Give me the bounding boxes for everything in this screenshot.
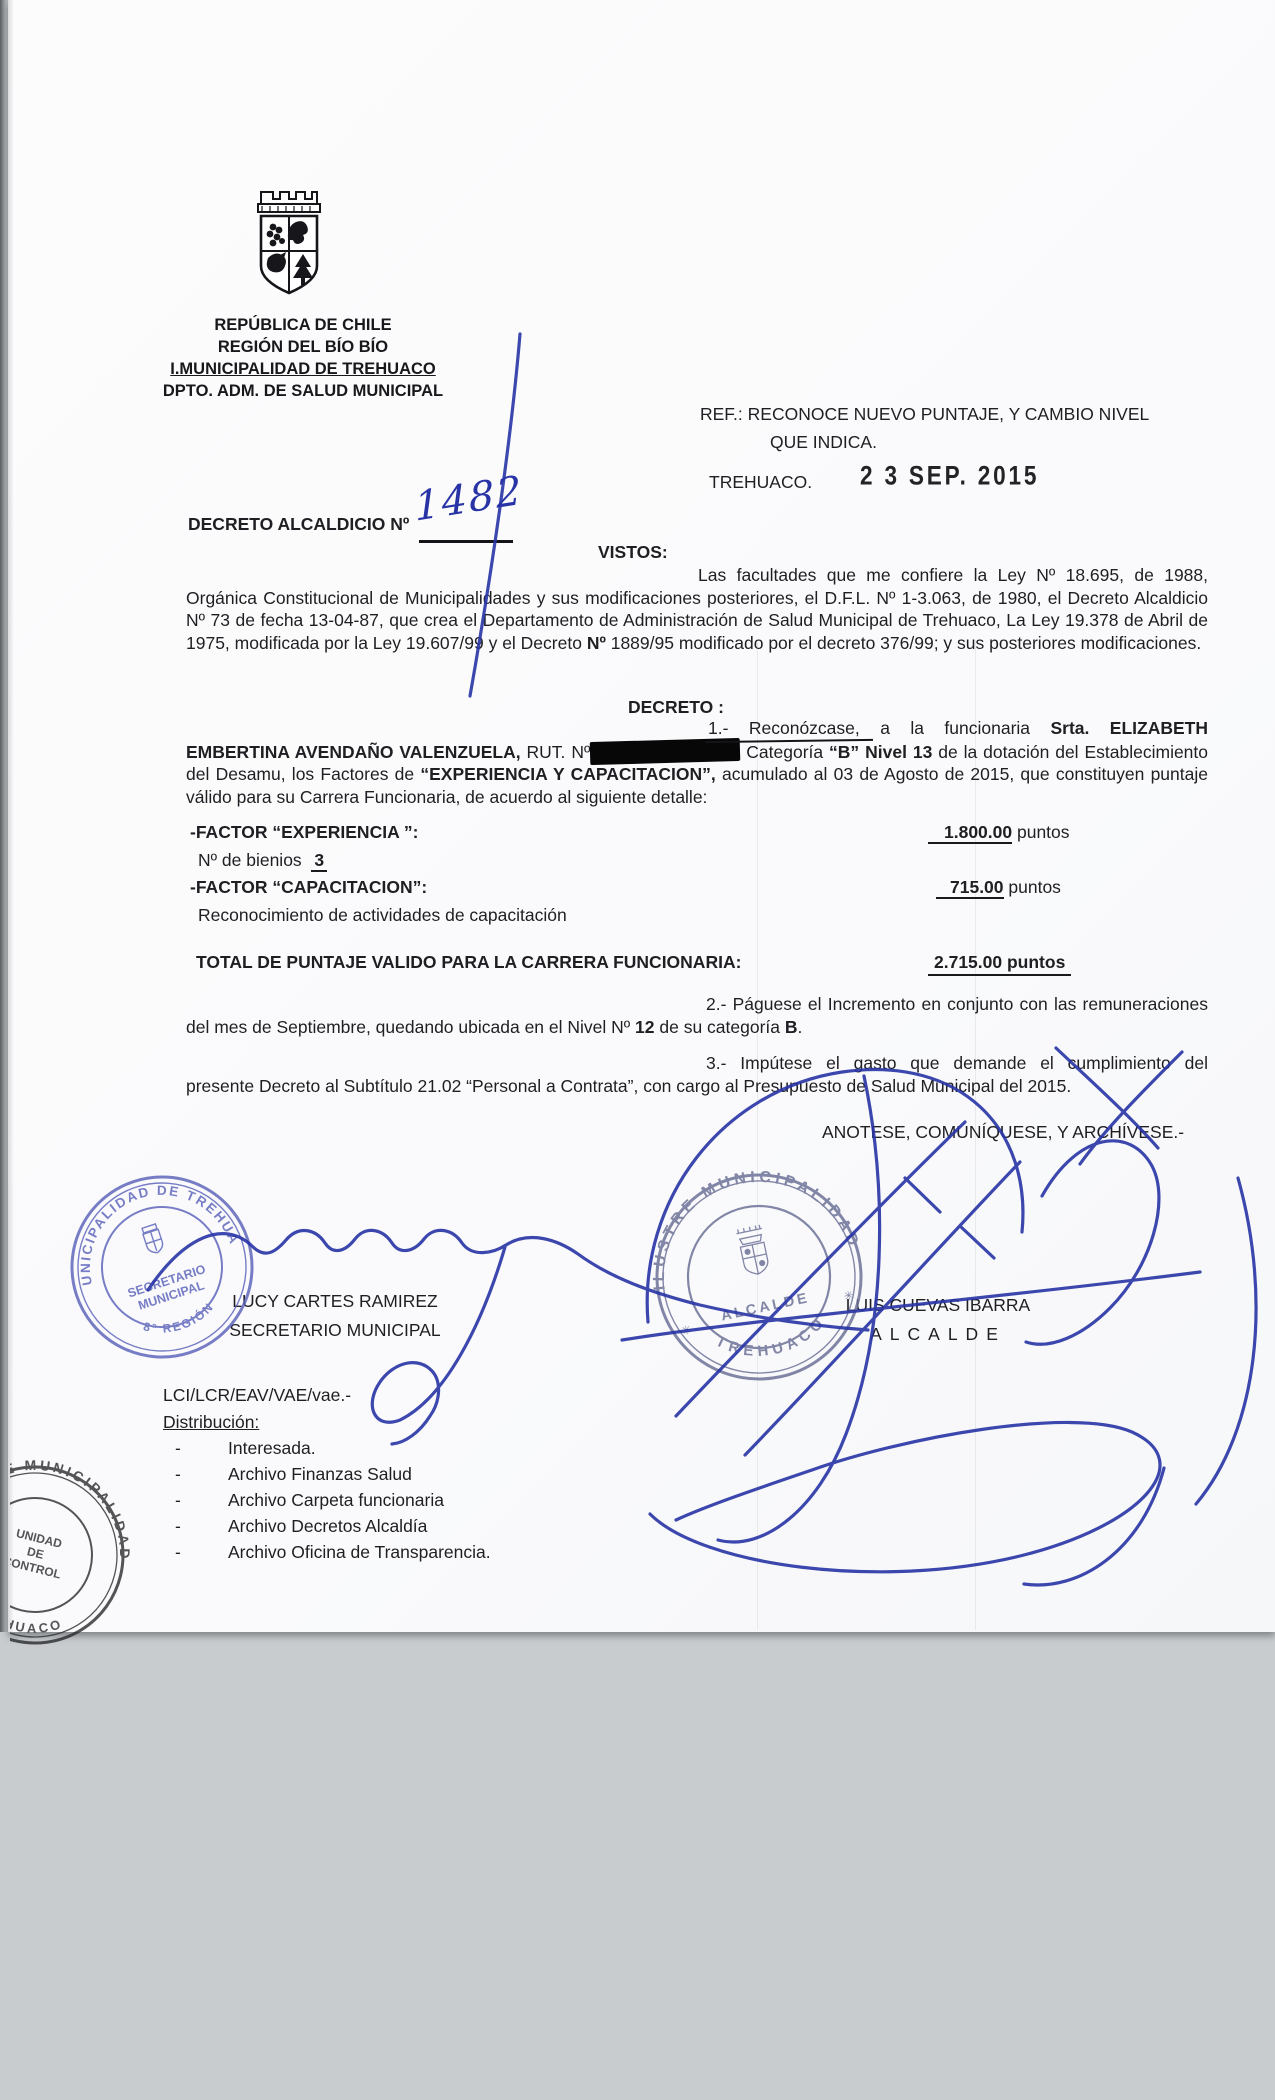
factor1-value: 1.800.00	[928, 822, 1012, 844]
drafting-initials: LCI/LCR/EAV/VAE/vae.-	[163, 1384, 351, 1407]
reference-line-1: REF.: RECONOCE NUEVO PUNTAJE, Y CAMBIO N…	[700, 403, 1149, 426]
decreto-paragraph-3: 3.- Impútese el gasto que demande el cum…	[186, 1052, 1208, 1097]
letterhead-country: REPÚBLICA DE CHILE	[153, 314, 453, 336]
alcalde-round-stamp: ILUSTRE MUNICIPALIDAD TREHUACO ALCALDE ✳…	[642, 1160, 877, 1395]
p1-text-d: Categoría	[740, 742, 829, 762]
factor2-label: -FACTOR “CAPACITACION”:	[190, 876, 427, 899]
control-stamp-ring-bottom-text: TREHUACO	[10, 1595, 68, 1645]
list-dash: -	[175, 1516, 181, 1537]
factor2-value: 715.00	[936, 877, 1004, 899]
vistos-paragraph: Las facultades que me confiere la Ley Nº…	[186, 564, 1208, 654]
scan-left-edge-shadow	[0, 0, 14, 1632]
scanned-decree-page: { "header": { "country": "REPÚBLICA DE C…	[0, 0, 1275, 2100]
list-dash: -	[175, 1438, 181, 1459]
closing-formula: ANOTESE, COMUNÍQUESE, Y ARCHÍVESE.-	[822, 1121, 1184, 1144]
alcalde-stamp-star-right: ✳	[843, 1288, 856, 1304]
factor2-unit: puntos	[1004, 877, 1061, 897]
list-dash: -	[175, 1490, 181, 1511]
list-dash: -	[175, 1542, 181, 1563]
factor1-sub-row: Nº de bienios 3	[198, 849, 327, 872]
distribution-item-text: Archivo Oficina de Transparencia.	[228, 1542, 491, 1563]
factor1-unit: puntos	[1012, 822, 1069, 842]
decreto-paragraph-2: 2.- Páguese el Incremento en conjunto co…	[186, 993, 1208, 1038]
distribution-item-text: Interesada.	[228, 1438, 316, 1459]
factor1-value-row: 1.800.00 puntos	[928, 821, 1070, 844]
distribution-item-text: Archivo Carpeta funcionaria	[228, 1490, 444, 1511]
letterhead-municipality: I.MUNICIPALIDAD DE TREHUACO	[153, 358, 453, 380]
total-label: TOTAL DE PUNTAJE VALIDO PARA LA CARRERA …	[196, 951, 741, 974]
letterhead: REPÚBLICA DE CHILE REGIÓN DEL BÍO BÍO I.…	[153, 314, 453, 402]
factor2-sub: Reconocimiento de actividades de capacit…	[198, 904, 567, 927]
p2-level: 12	[635, 1017, 654, 1037]
p1-category: “B” Nivel 13	[829, 742, 932, 762]
p2-text-c: de su categoría	[655, 1017, 785, 1037]
distribution-item-text: Archivo Decretos Alcaldía	[228, 1516, 427, 1537]
p1-text-a: 1.- Reconózcase, a la funcionaria	[708, 718, 1050, 738]
date-stamp: 2 3 SEP. 2015	[860, 461, 1039, 492]
control-unit-corner-stamp: ILUSTRE MUNICIPALIDAD TREHUACO UNIDAD DE…	[10, 1450, 160, 1660]
factor1-label: -FACTOR “EXPERIENCIA ”:	[190, 821, 419, 844]
vistos-title: VISTOS:	[598, 541, 668, 564]
letterhead-department: DPTO. ADM. DE SALUD MUNICIPAL	[153, 380, 453, 402]
factor1-sub: Nº de bienios	[198, 850, 302, 870]
decreto-title: DECRETO :	[628, 696, 724, 719]
factor2-value-row: 715.00 puntos	[936, 876, 1061, 899]
distribution-item-text: Archivo Finanzas Salud	[228, 1464, 412, 1485]
p1-text-c: RUT. Nº	[521, 742, 591, 762]
distribution-label: Distribución:	[163, 1411, 259, 1434]
secretary-round-stamp: I. MUNICIPALIDAD DE TREHUACO 8ª REGIÓN S…	[55, 1160, 270, 1375]
municipal-coat-of-arms	[246, 188, 332, 312]
factor1-sub-value: 3	[311, 850, 327, 872]
decree-number-blank-line	[419, 540, 513, 543]
vistos-text-2: Nº	[587, 633, 606, 653]
p2-text-e: .	[798, 1017, 803, 1037]
reference-line-2: QUE INDICA.	[770, 431, 877, 454]
vistos-text-3: 1889/95 modificado por el decreto 376/99…	[606, 633, 1201, 653]
p1-factors: “EXPERIENCIA Y CAPACITACION”,	[420, 764, 715, 784]
total-value: 2.715.00 puntos	[928, 951, 1071, 976]
decreto-paragraph-1: 1.- Reconózcase, a la funcionaria Srta. …	[186, 717, 1208, 808]
svg-text:TREHUACO: TREHUACO	[10, 1595, 68, 1645]
alcalde-stamp-star-left: ✳	[680, 1322, 693, 1338]
alcalde-stamp-center-text: ALCALDE	[720, 1290, 812, 1324]
letterhead-region: REGIÓN DEL BÍO BÍO	[153, 336, 453, 358]
place-label: TREHUACO.	[709, 471, 812, 494]
list-dash: -	[175, 1464, 181, 1485]
decree-number-label: DECRETO ALCALDICIO Nº	[188, 513, 409, 536]
p2-category: B	[785, 1017, 798, 1037]
